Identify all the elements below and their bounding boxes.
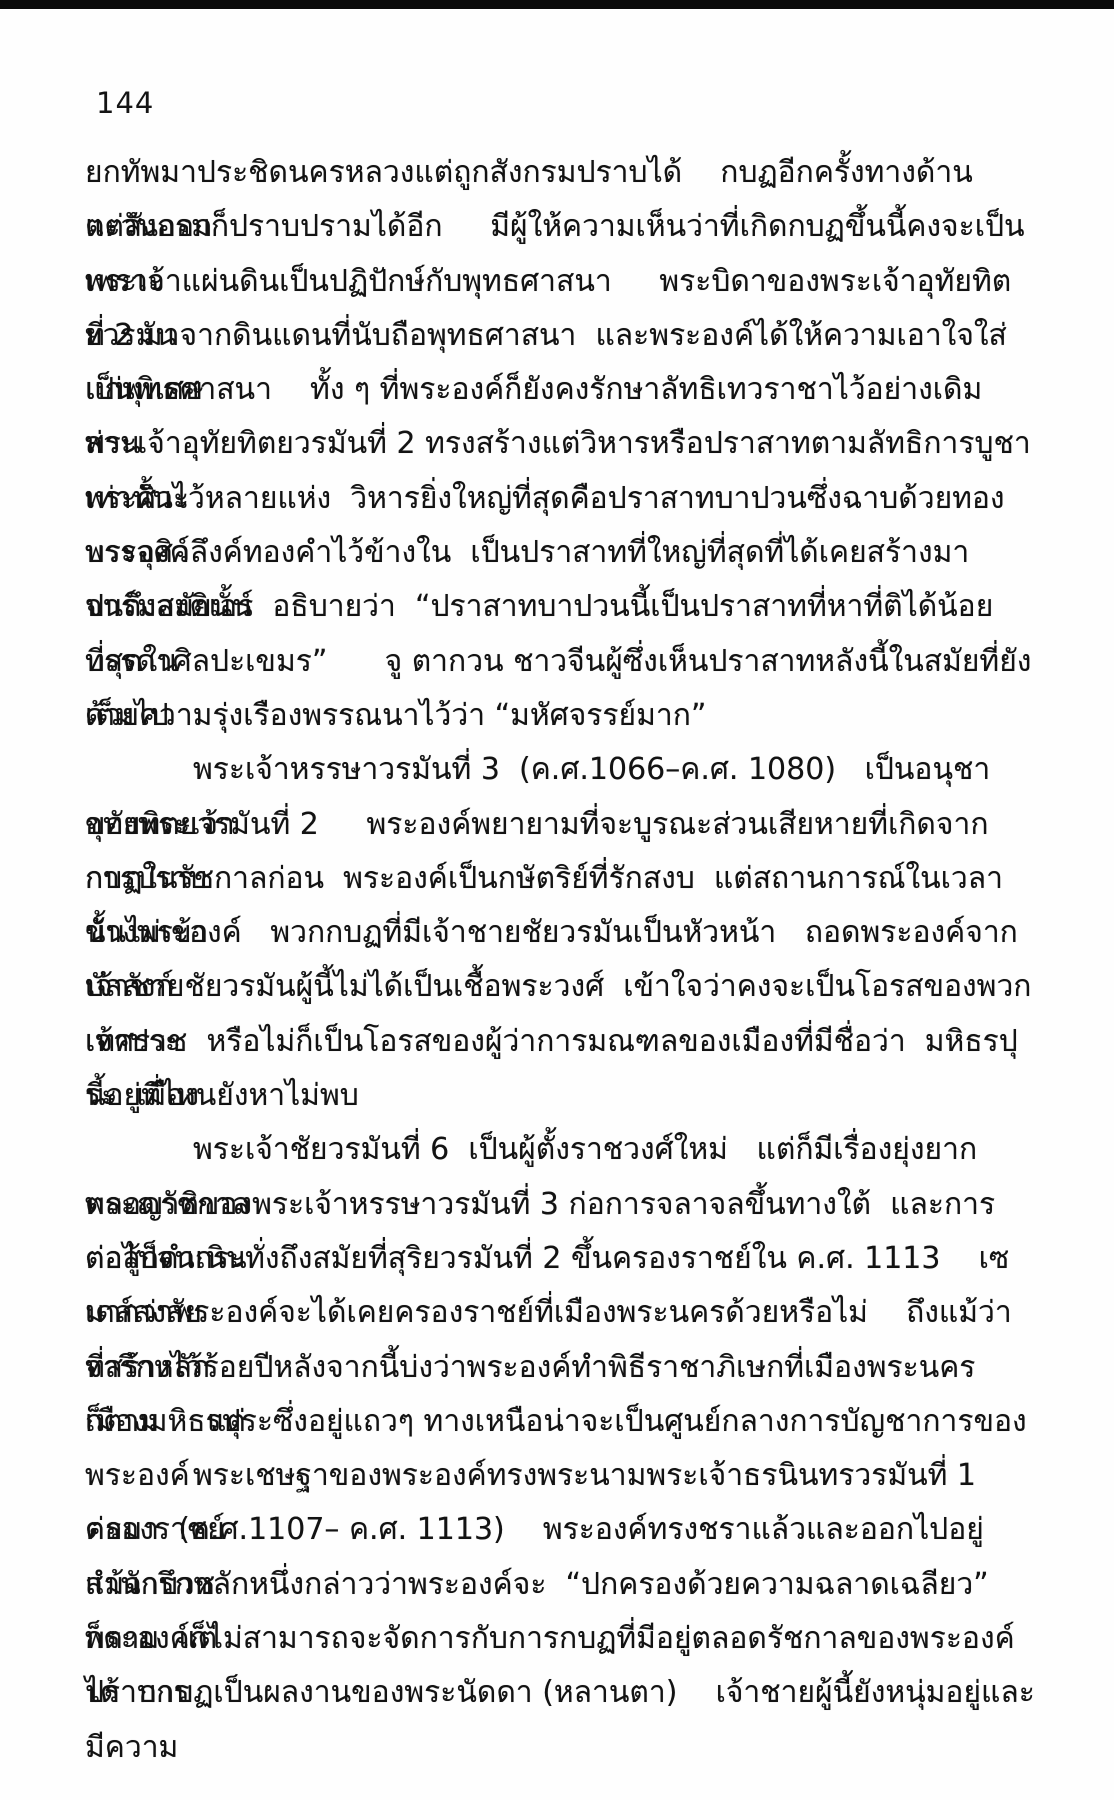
text-line: ยกทัพมาประชิดนครหลวงแต่ถูกสังกรมปราบได้ … — [85, 146, 1037, 200]
text-line: แต่สังกรมก็ปราบปรามได้อีก มีผู้ให้ความเห… — [85, 200, 1037, 254]
text-line: ข้างพระองค์ พวกกบฏที่มีเจ้าชายชัยวรมันเป… — [85, 906, 1037, 960]
paragraph: พระเชษฐาของพระองค์ทรงพระนามพระเจ้าธรนินท… — [85, 1449, 1037, 1720]
text-line: ปาร์มองติเอร์ อธิบายว่า “ปราสาทบาปวนนี้เ… — [85, 580, 1037, 634]
text-line: บรรดาศิลปะเขมร” จู ตากวน ชาวจีนผู้ซึ่งเห… — [85, 635, 1037, 689]
text-line: อุทัยทิตยวรมันที่ 2 พระองค์พยายามที่จะบู… — [85, 798, 1037, 852]
book-page: 144 ยกทัพมาประชิดนครหลวงแต่ถูกสังกรมปราบ… — [0, 0, 1114, 1800]
text-line: เมืองมหิธรปุระซึ่งอยู่แถวๆ ทางเหนือน่าจะ… — [85, 1395, 1037, 1449]
text-line: มากว่าพระองค์จะได้เคยครองราชย์ที่เมืองพร… — [85, 1286, 1037, 1340]
text-line: ที่สร้างไว้ร้อยปีหลังจากนี้บ่งว่าพระองค์… — [85, 1341, 1037, 1395]
text-line: พระเจ้าหรรษาวรมันที่ 3 (ค.ศ.1066–ค.ศ. 10… — [85, 743, 1037, 797]
text-line: พระองค์ก็ไม่สามารถจะจัดการกับการกบฏที่มี… — [85, 1612, 1037, 1666]
text-line: พระเจ้าอุทัยทิตยวรมันที่ 2 ทรงสร้างแต่วิ… — [85, 417, 1037, 471]
text-line: เทศราช หรือไม่ก็เป็นโอรสของผู้ว่าการมณฑล… — [85, 1015, 1037, 1069]
text-line: แก่พุทธศาสนา ทั้ง ๆ ที่พระองค์ก็ยังคงรัก… — [85, 363, 1037, 417]
text-line: เท่านั้นไว้หลายแห่ง วิหารยิ่งใหญ่ที่สุดค… — [85, 472, 1037, 526]
text-line: บรรจุศิวลึงค์ทองคำไว้ข้างใน เป็นปราสาทที… — [85, 526, 1037, 580]
text-line: ปราบกบฏเป็นผลงานของพระนัดดา (หลานตา) เจ้… — [85, 1666, 1037, 1720]
text-line: นี้อยู่ที่ไหนยังหาไม่พบ — [85, 1069, 1037, 1123]
body-text: ยกทัพมาประชิดนครหลวงแต่ถูกสังกรมปราบได้ … — [85, 146, 1037, 1721]
paragraph: ยกทัพมาประชิดนครหลวงแต่ถูกสังกรมปราบได้ … — [85, 146, 1037, 743]
scan-edge-artifact — [0, 0, 1114, 9]
paragraph: พระเจ้าหรรษาวรมันที่ 3 (ค.ศ.1066–ค.ศ. 10… — [85, 743, 1037, 1123]
text-line: พระเจ้าชัยวรมันที่ 6 เป็นผู้ตั้งราชวงศ์ใ… — [85, 1123, 1037, 1177]
page-number: 144 — [96, 86, 154, 120]
text-line: แม้จารึกหลักหนึ่งกล่าวว่าพระองค์จะ “ปกคร… — [85, 1558, 1037, 1612]
text-line: พระญาติของพระเจ้าหรรษาวรมันที่ 3 ก่อการจ… — [85, 1178, 1037, 1232]
text-line: ต่อมา (ค.ศ.1107– ค.ศ. 1113) พระองค์ทรงชร… — [85, 1503, 1037, 1557]
text-line: พระเจ้าแผ่นดินเป็นปฏิปักษ์กับพุทธศาสนา พ… — [85, 255, 1037, 309]
text-line: ด้วยความรุ่งเรืองพรรณนาไว้ว่า “มหัศจรรย์… — [85, 689, 1037, 743]
text-line: เจ้าชายชัยวรมันผู้นี้ไม่ได้เป็นเชื้อพระว… — [85, 960, 1037, 1014]
text-line: พระเชษฐาของพระองค์ทรงพระนามพระเจ้าธรนินท… — [85, 1449, 1037, 1503]
text-line: ที่ 2 มาจากดินแดนที่นับถือพุทธศาสนา และพ… — [85, 309, 1037, 363]
paragraph: พระเจ้าชัยวรมันที่ 6 เป็นผู้ตั้งราชวงศ์ใ… — [85, 1123, 1037, 1449]
text-line: กบฏในรัชกาลก่อน พระองค์เป็นกษัตริย์ที่รั… — [85, 852, 1037, 906]
text-line: ต่อไปจนกระทั่งถึงสมัยที่สุริยวรมันที่ 2 … — [85, 1232, 1037, 1286]
